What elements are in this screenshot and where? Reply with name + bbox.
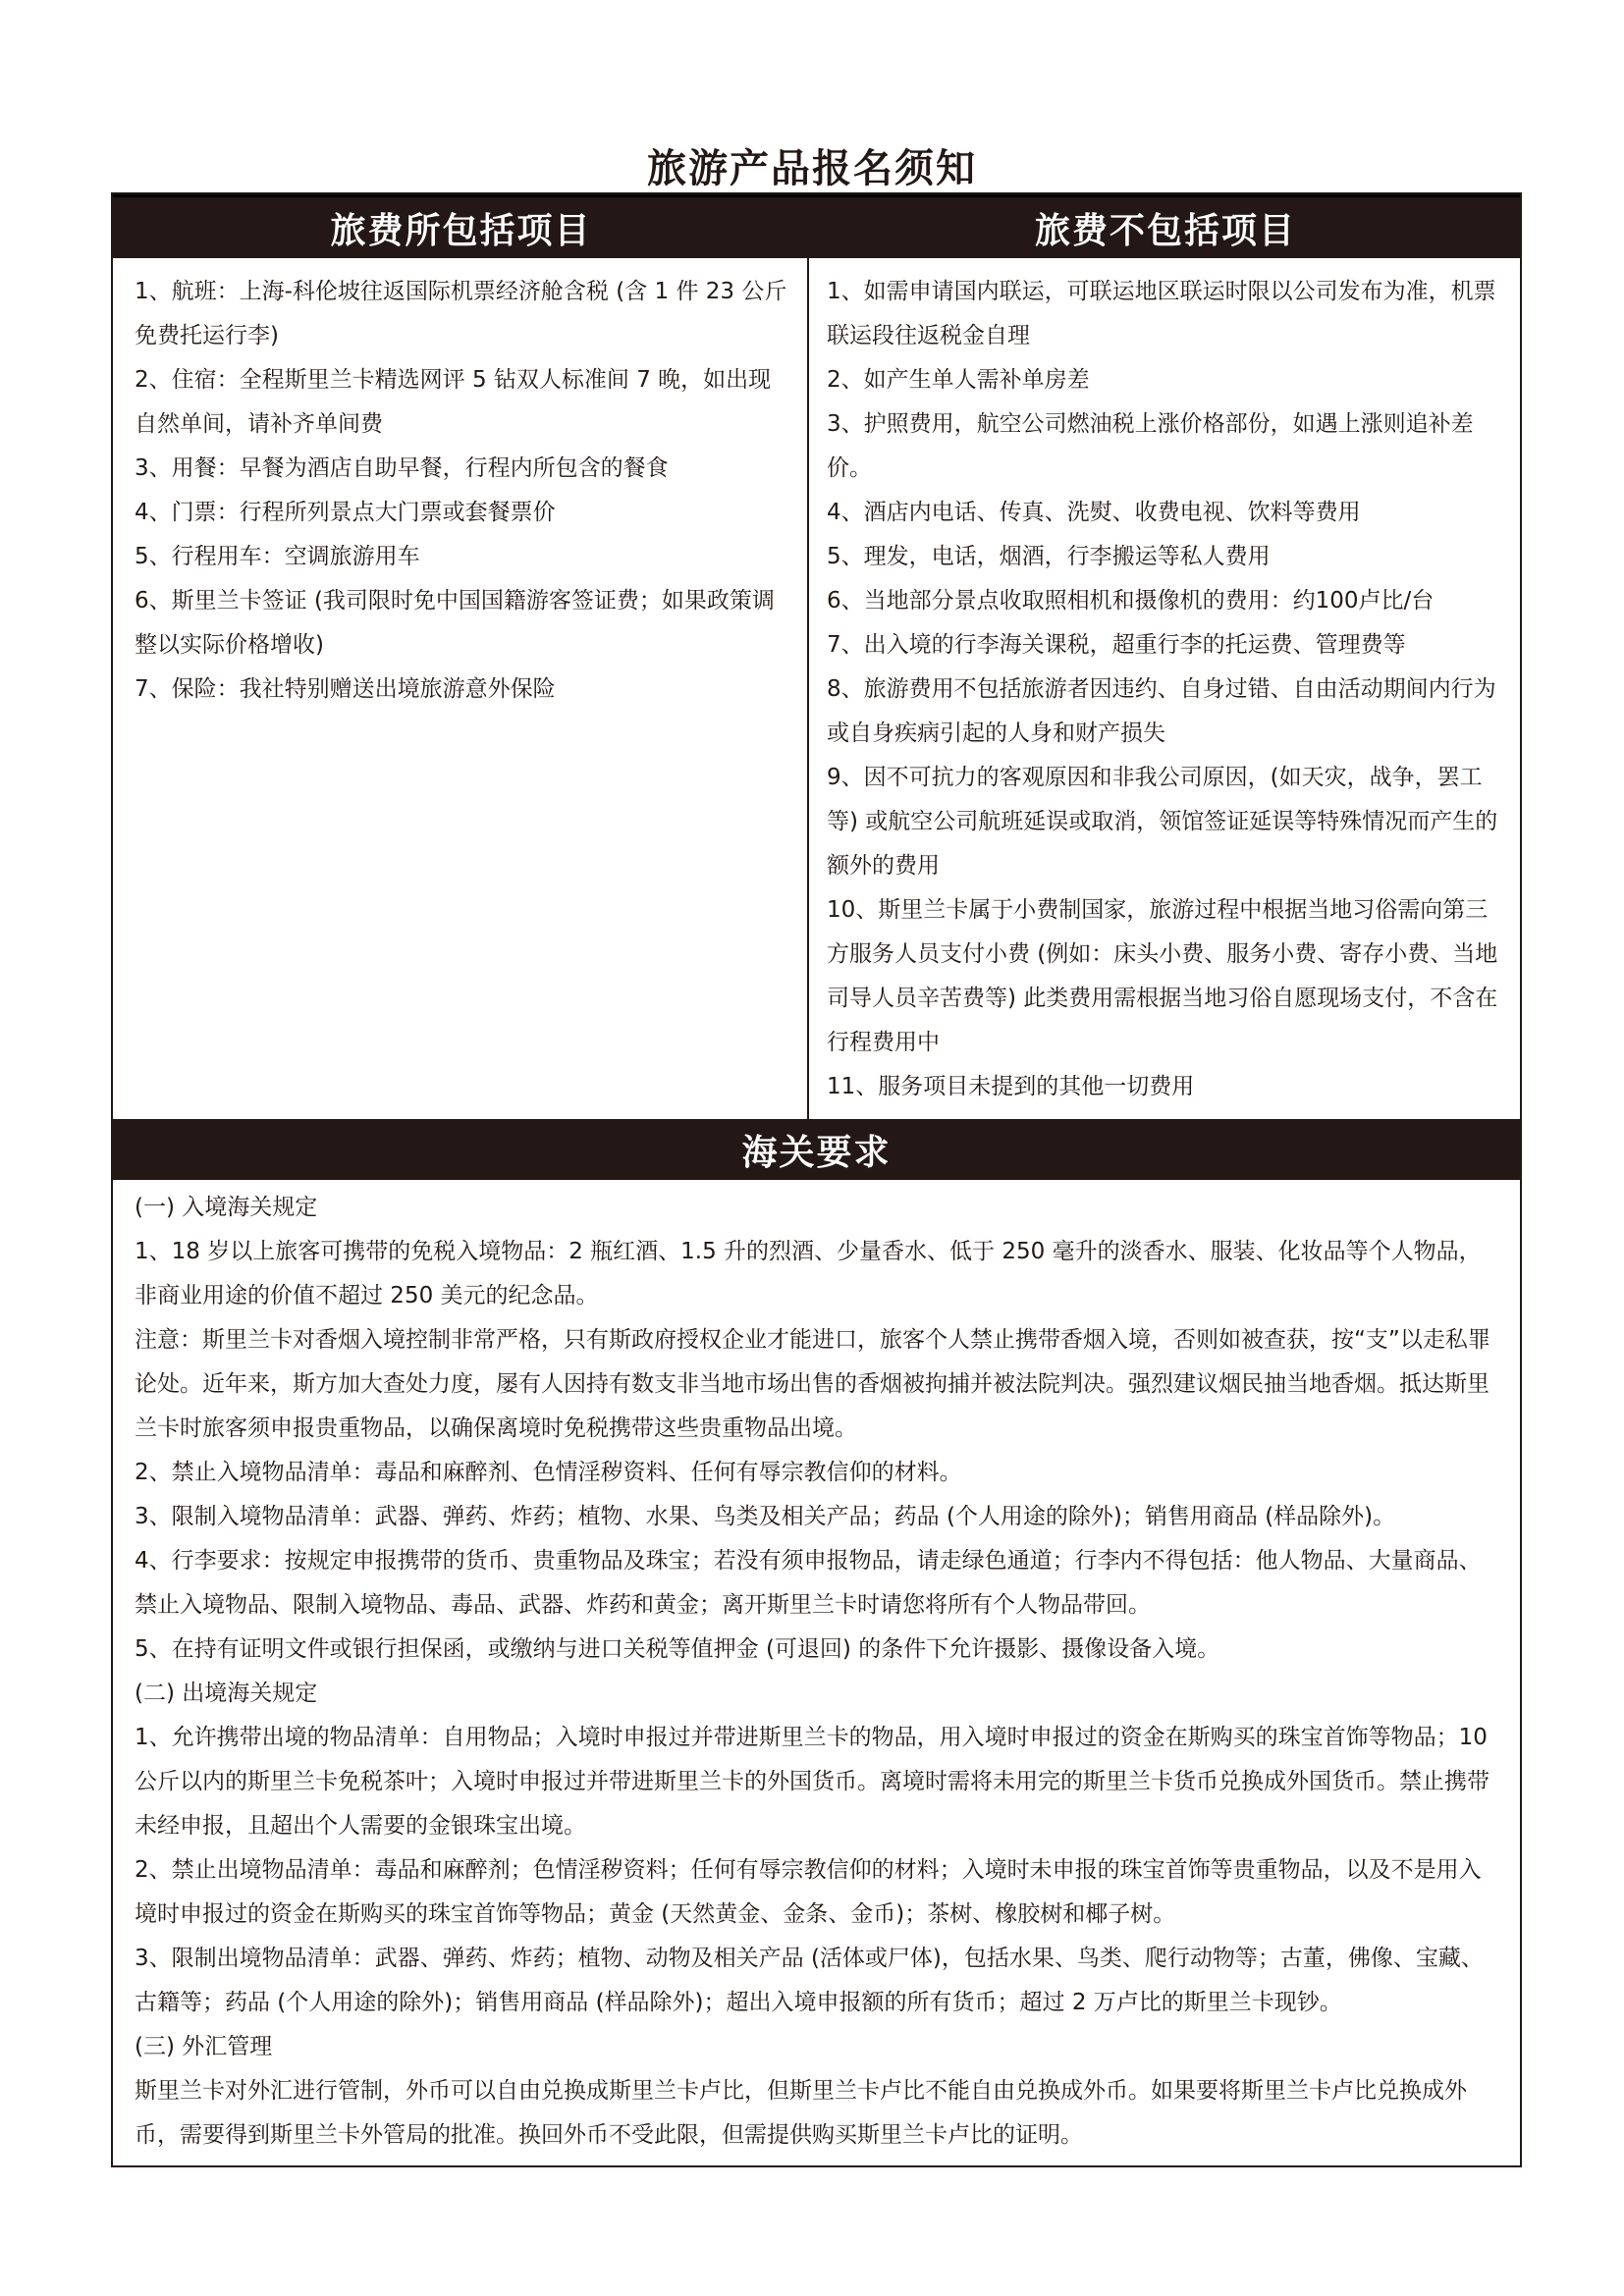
included-item: 2、住宿：全程斯里兰卡精选网评 5 钻双人标准间 7 晚，如出现自然单间，请补齐…: [135, 358, 789, 447]
customs-paragraph: 3、限制出境物品清单：武器、弹药、炸药；植物、动物及相关产品 (活体或尸体)，包…: [135, 1937, 1502, 2025]
customs-paragraph: 5、在持有证明文件或银行担保函，或缴纳与进口关税等值押金 (可退回) 的条件下允…: [135, 1628, 1502, 1672]
excluded-item: 5、理发，电话，烟酒，行李搬运等私人费用: [827, 535, 1506, 579]
included-item: 3、用餐：早餐为酒店自助早餐，行程内所包含的餐食: [135, 447, 789, 491]
excluded-item: 9、因不可抗力的客观原因和非我公司原因，(如天灾，战争，罢工等) 或航空公司航班…: [827, 756, 1506, 888]
included-list: 1、航班：上海-科伦坡往返国际机票经济舱含税 (含 1 件 23 公斤免费托运行…: [113, 258, 809, 1119]
customs-subheading-forex: (三) 外汇管理: [135, 2025, 1502, 2069]
excluded-item: 11、服务项目未提到的其他一切费用: [827, 1065, 1506, 1109]
excluded-item: 4、酒店内电话、传真、洗熨、收费电视、饮料等费用: [827, 491, 1506, 535]
fees-header-row: 旅费所包括项目 旅费不包括项目: [113, 194, 1520, 258]
included-item: 5、行程用车：空调旅游用车: [135, 535, 789, 579]
included-item: 6、斯里兰卡签证 (我司限时免中国国籍游客签证费；如果政策调整以实际价格增收): [135, 579, 789, 667]
customs-paragraph: 3、限制入境物品清单：武器、弹药、炸药；植物、水果、鸟类及相关产品；药品 (个人…: [135, 1495, 1502, 1539]
excluded-item: 6、当地部分景点收取照相机和摄像机的费用：约100卢比/台: [827, 579, 1506, 623]
customs-paragraph: 1、允许携带出境的物品清单：自用物品；入境时申报过并带进斯里兰卡的物品，用入境时…: [135, 1716, 1502, 1848]
excluded-item: 3、护照费用，航空公司燃油税上涨价格部份，如遇上涨则追补差价。: [827, 402, 1506, 491]
customs-paragraph: 斯里兰卡对外汇进行管制，外币可以自由兑换成斯里兰卡卢比，但斯里兰卡卢比不能自由兑…: [135, 2069, 1502, 2158]
excluded-list: 1、如需申请国内联运，可联运地区联运时限以公司发布为准，机票联运段往返税金自理 …: [809, 258, 1520, 1119]
excluded-item: 1、如需申请国内联运，可联运地区联运时限以公司发布为准，机票联运段往返税金自理: [827, 270, 1506, 358]
customs-subheading-exit: (二) 出境海关规定: [135, 1672, 1502, 1716]
customs-body: (一) 入境海关规定 1、18 岁以上旅客可携带的免税入境物品：2 瓶红酒、1.…: [113, 1180, 1520, 2165]
notice-sheet: 旅费所包括项目 旅费不包括项目 1、航班：上海-科伦坡往返国际机票经济舱含税 (…: [111, 192, 1522, 2167]
customs-paragraph: 2、禁止出境物品清单：毒品和麻醉剂；色情淫秽资料；任何有辱宗教信仰的材料；入境时…: [135, 1848, 1502, 1937]
excluded-item: 7、出入境的行李海关课税，超重行李的托运费、管理费等: [827, 623, 1506, 667]
customs-paragraph: 注意：斯里兰卡对香烟入境控制非常严格，只有斯政府授权企业才能进口，旅客个人禁止携…: [135, 1318, 1502, 1451]
excluded-header: 旅费不包括项目: [811, 197, 1520, 258]
customs-subheading-entry: (一) 入境海关规定: [135, 1186, 1502, 1230]
customs-paragraph: 1、18 岁以上旅客可携带的免税入境物品：2 瓶红酒、1.5 升的烈酒、少量香水…: [135, 1230, 1502, 1318]
included-item: 4、门票：行程所列景点大门票或套餐票价: [135, 491, 789, 535]
included-item: 1、航班：上海-科伦坡往返国际机票经济舱含税 (含 1 件 23 公斤免费托运行…: [135, 270, 789, 358]
included-item: 7、保险：我社特别赠送出境旅游意外保险: [135, 667, 789, 712]
customs-paragraph: 2、禁止入境物品清单：毒品和麻醉剂、色情淫秽资料、任何有辱宗教信仰的材料。: [135, 1451, 1502, 1495]
excluded-item: 10、斯里兰卡属于小费制国家，旅游过程中根据当地习俗需向第三方服务人员支付小费 …: [827, 888, 1506, 1065]
customs-header: 海关要求: [113, 1119, 1520, 1180]
page-title: 旅游产品报名须知: [0, 137, 1624, 193]
customs-paragraph: 4、行李要求：按规定申报携带的货币、贵重物品及珠宝；若没有须申报物品，请走绿色通…: [135, 1539, 1502, 1628]
fees-columns: 1、航班：上海-科伦坡往返国际机票经济舱含税 (含 1 件 23 公斤免费托运行…: [113, 258, 1520, 1119]
excluded-item: 2、如产生单人需补单房差: [827, 358, 1506, 402]
excluded-item: 8、旅游费用不包括旅游者因违约、自身过错、自由活动期间内行为或自身疾病引起的人身…: [827, 667, 1506, 756]
included-header: 旅费所包括项目: [113, 197, 811, 258]
